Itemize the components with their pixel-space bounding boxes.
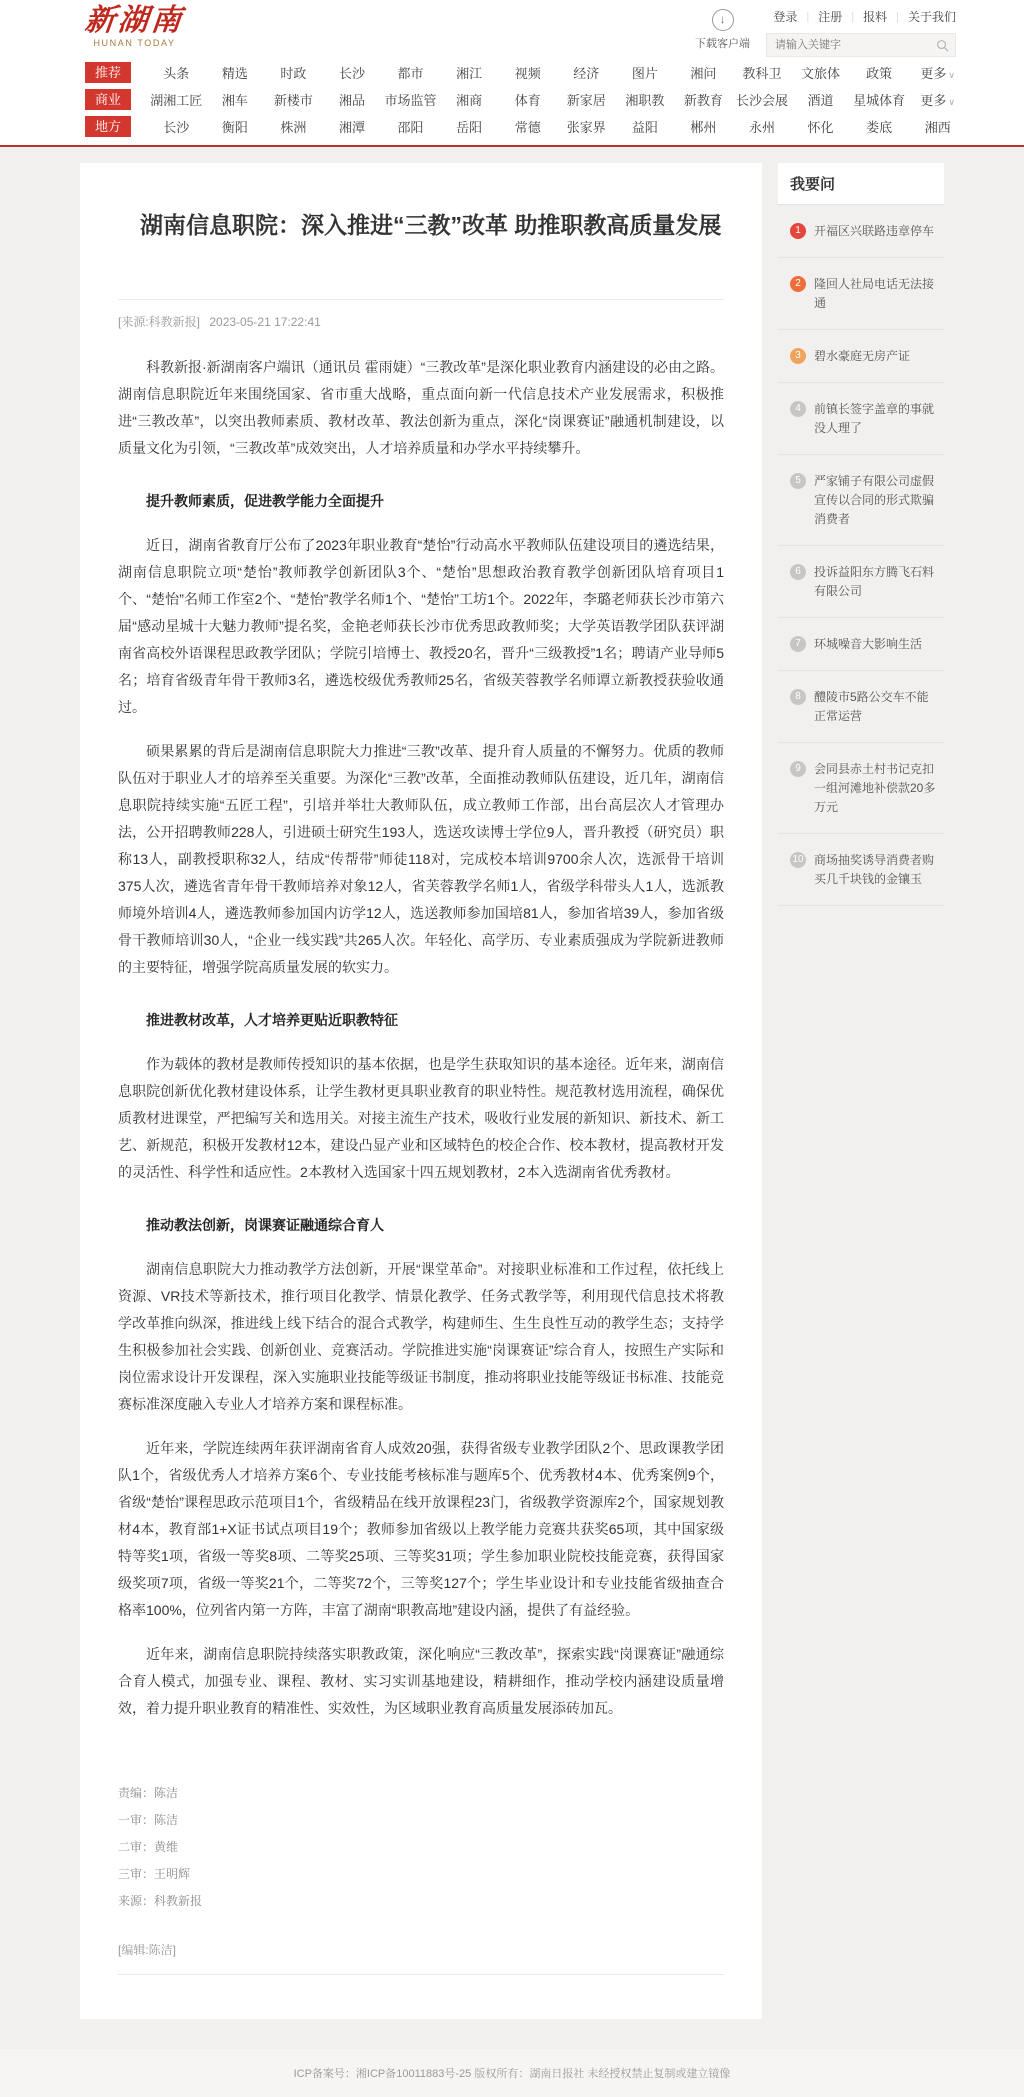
- ask-list-item[interactable]: 7环城噪音大影响生活: [778, 618, 944, 671]
- article-source: [来源:科教新报]: [118, 315, 200, 329]
- nav-link-1-11[interactable]: 教科卫: [733, 63, 792, 82]
- rank-badge: 8: [790, 689, 806, 705]
- editor-note: [编辑:陈洁]: [118, 1941, 724, 1975]
- nav-link-3-3[interactable]: 株洲: [264, 117, 323, 136]
- nav-link-3-10[interactable]: 郴州: [674, 117, 733, 136]
- rank-badge: 10: [790, 852, 806, 868]
- rank-badge: 6: [790, 564, 806, 580]
- nav-link-2-9[interactable]: 湘职教: [616, 90, 675, 109]
- top-links-separator: |: [896, 11, 899, 23]
- nav-link-1-8[interactable]: 经济: [557, 63, 616, 82]
- nav-badge-1[interactable]: 推荐: [85, 62, 131, 83]
- nav-link-3-6[interactable]: 岳阳: [440, 117, 499, 136]
- nav-link-3-9[interactable]: 益阳: [616, 117, 675, 136]
- ask-list-item[interactable]: 5严家铺子有限公司虚假宣传以合同的形式欺骗消费者: [778, 455, 944, 546]
- ask-list-item[interactable]: 3碧水豪庭无房产证: [778, 330, 944, 383]
- editor-line: 一审：陈洁: [118, 1811, 724, 1828]
- ask-item-text: 醴陵市5路公交车不能正常运营: [814, 688, 936, 726]
- article-paragraph: 近年来，学院连续两年获评湖南省育人成效20强，获得省级专业教学团队2个、思政课教…: [118, 1435, 724, 1624]
- nav-link-3-12[interactable]: 怀化: [791, 117, 850, 136]
- ask-list-item[interactable]: 1开福区兴联路违章停车: [778, 205, 944, 258]
- nav-link-2-1[interactable]: 湖湘工匠: [147, 90, 206, 109]
- header-right: ↓ 下载客户端 登录|注册|报料|关于我们: [695, 8, 956, 57]
- nav-badge-2[interactable]: 商业: [85, 89, 131, 110]
- download-client-button[interactable]: ↓ 下载客户端: [695, 9, 750, 51]
- rank-badge: 7: [790, 636, 806, 652]
- logo-subtitle: HUNAN TODAY: [85, 38, 184, 48]
- nav-link-1-9[interactable]: 图片: [616, 63, 675, 82]
- editor-line: 责编：陈洁: [118, 1784, 724, 1801]
- nav-link-3-5[interactable]: 邵阳: [381, 117, 440, 136]
- nav-badge-3[interactable]: 地方: [85, 116, 131, 137]
- nav-link-2-11[interactable]: 长沙会展: [733, 90, 792, 109]
- nav-link-1-3[interactable]: 时政: [264, 63, 323, 82]
- nav-link-1-4[interactable]: 长沙: [323, 63, 382, 82]
- ask-list: 1开福区兴联路违章停车2隆回人社局电话无法接通3碧水豪庭无房产证4前镇长签字盖章…: [778, 205, 944, 906]
- rank-badge: 2: [790, 276, 806, 292]
- nav-link-1-12[interactable]: 文旅体: [791, 63, 850, 82]
- nav-link-1-5[interactable]: 都市: [381, 63, 440, 82]
- site-header: 新湖南 HUNAN TODAY ↓ 下载客户端 登录|注册|报料|关于我们: [0, 0, 1024, 58]
- ask-sidebar-title: 我要问: [778, 163, 944, 205]
- nav-link-1-10[interactable]: 湘问: [674, 63, 733, 82]
- ask-item-text: 会同县赤土村书记克扣一组河滩地补偿款20多万元: [814, 760, 936, 817]
- ask-list-item[interactable]: 10商场抽奖诱导消费者购买几千块钱的金镶玉: [778, 834, 944, 906]
- rank-badge: 4: [790, 401, 806, 417]
- article-subhead: 提升教师素质，促进教学能力全面提升: [118, 488, 724, 515]
- nav-link-3-1[interactable]: 长沙: [147, 117, 206, 136]
- download-circle-icon: ↓: [712, 9, 734, 31]
- nav-link-2-12[interactable]: 酒道: [791, 90, 850, 109]
- top-link-3[interactable]: 报料: [863, 8, 887, 25]
- search-input[interactable]: [773, 38, 936, 52]
- editor-line: 三审：王明辉: [118, 1865, 724, 1882]
- chevron-down-icon: ∨: [948, 70, 955, 80]
- page-content: 湖南信息职院：深入推进“三教”改革 助推职教高质量发展 [来源:科教新报] 20…: [0, 147, 1024, 2049]
- nav-link-2-5[interactable]: 市场监管: [381, 90, 440, 109]
- nav-more-2[interactable]: 更多∨: [908, 90, 967, 109]
- nav-link-3-13[interactable]: 娄底: [850, 117, 909, 136]
- nav-link-3-14[interactable]: 湘西: [908, 117, 967, 136]
- nav-link-2-2[interactable]: 湘车: [206, 90, 265, 109]
- nav-link-1-13[interactable]: 政策: [850, 63, 909, 82]
- nav-row-3: 地方长沙衡阳株洲湘潭邵阳岳阳常德张家界益阳郴州永州怀化娄底湘西: [85, 116, 967, 137]
- nav-more-1[interactable]: 更多∨: [908, 63, 967, 82]
- ask-list-item[interactable]: 6投诉益阳东方腾飞石料有限公司: [778, 546, 944, 618]
- download-client-label: 下载客户端: [695, 35, 750, 51]
- article-body: 科教新报·新湖南客户端讯（通讯员 霍雨婕）“三教改革”是深化职业教育内涵建设的必…: [118, 354, 724, 1722]
- top-links-separator: |: [806, 11, 809, 23]
- article-card: 湖南信息职院：深入推进“三教”改革 助推职教高质量发展 [来源:科教新报] 20…: [80, 163, 762, 2019]
- rank-badge: 3: [790, 348, 806, 364]
- ask-list-item[interactable]: 9会同县赤土村书记克扣一组河滩地补偿款20多万元: [778, 743, 944, 834]
- editor-line: 来源：科教新报: [118, 1892, 724, 1909]
- article-title: 湖南信息职院：深入推进“三教”改革 助推职教高质量发展: [140, 207, 724, 243]
- ask-item-text: 环城噪音大影响生活: [814, 635, 922, 654]
- article-paragraph: 硕果累累的背后是湖南信息职院大力推进“三教”改革、提升育人质量的不懈努力。优质的…: [118, 738, 724, 981]
- nav-link-2-4[interactable]: 湘品: [323, 90, 382, 109]
- main-navigation: 推荐头条精选时政长沙都市湘江视频经济图片湘问教科卫文旅体政策更多∨商业湖湘工匠湘…: [85, 62, 967, 137]
- page-footer: ICP备案号：湘ICP备10011883号-25 版权所有：湖南日报社 未经授权…: [0, 2049, 1024, 2097]
- article-paragraph: 近日，湖南省教育厅公布了2023年职业教育“楚怡”行动高水平教师队伍建设项目的遴…: [118, 532, 724, 721]
- nav-link-1-7[interactable]: 视频: [498, 63, 557, 82]
- ask-item-text: 隆回人社局电话无法接通: [814, 275, 936, 313]
- logo-text: 新湖南: [83, 5, 185, 37]
- article-subhead: 推动教法创新，岗课赛证融通综合育人: [118, 1212, 724, 1239]
- icp-text: ICP备案号：湘ICP备10011883号-25 版权所有：湖南日报社 未经授权…: [294, 2065, 731, 2081]
- article-paragraph: 湖南信息职院大力推动教学方法创新，开展“课堂革命”。对接职业标准和工作过程，依托…: [118, 1256, 724, 1418]
- nav-link-2-8[interactable]: 新家居: [557, 90, 616, 109]
- ask-item-text: 投诉益阳东方腾飞石料有限公司: [814, 563, 936, 601]
- nav-link-3-11[interactable]: 永州: [733, 117, 792, 136]
- nav-link-2-13[interactable]: 星城体育: [850, 90, 909, 109]
- ask-list-item[interactable]: 8醴陵市5路公交车不能正常运营: [778, 671, 944, 743]
- nav-link-2-3[interactable]: 新楼市: [264, 90, 323, 109]
- ask-list-item[interactable]: 2隆回人社局电话无法接通: [778, 258, 944, 330]
- nav-link-2-6[interactable]: 湘商: [440, 90, 499, 109]
- nav-link-3-2[interactable]: 衡阳: [206, 117, 265, 136]
- nav-link-3-7[interactable]: 常德: [498, 117, 557, 136]
- nav-row-1: 推荐头条精选时政长沙都市湘江视频经济图片湘问教科卫文旅体政策更多∨: [85, 62, 967, 83]
- ask-item-text: 商场抽奖诱导消费者购买几千块钱的金镶玉: [814, 851, 936, 889]
- nav-link-2-10[interactable]: 新教育: [674, 90, 733, 109]
- nav-link-1-1[interactable]: 头条: [147, 63, 206, 82]
- nav-link-3-4[interactable]: 湘潭: [323, 117, 382, 136]
- rank-badge: 5: [790, 473, 806, 489]
- nav-link-1-6[interactable]: 湘江: [440, 63, 499, 82]
- top-link-1[interactable]: 登录: [773, 8, 797, 25]
- account-links: 登录|注册|报料|关于我们: [766, 8, 956, 25]
- editor-line: 二审：黄维: [118, 1838, 724, 1855]
- ask-list-item[interactable]: 4前镇长签字盖章的事就没人理了: [778, 383, 944, 455]
- article-paragraph: 近年来，湖南信息职院持续落实职教政策，深化响应“三教改革”，探索实践“岗课赛证”…: [118, 1641, 724, 1722]
- ask-item-text: 前镇长签字盖章的事就没人理了: [814, 400, 936, 438]
- nav-link-1-2[interactable]: 精选: [206, 63, 265, 82]
- top-link-2[interactable]: 注册: [818, 8, 842, 25]
- article-datetime: 2023-05-21 17:22:41: [209, 315, 320, 329]
- editors-block: 责编：陈洁一审：陈洁二审：黄维三审：王明辉来源：科教新报: [118, 1784, 724, 1909]
- rank-badge: 1: [790, 223, 806, 239]
- ask-item-text: 严家铺子有限公司虚假宣传以合同的形式欺骗消费者: [814, 472, 936, 529]
- chevron-down-icon: ∨: [948, 97, 955, 107]
- nav-link-2-7[interactable]: 体育: [498, 90, 557, 109]
- ask-item-text: 碧水豪庭无房产证: [814, 347, 910, 366]
- article-paragraph: 作为载体的教材是教师传授知识的基本依据，也是学生获取知识的基本途径。近年来，湖南…: [118, 1051, 724, 1186]
- article-paragraph: 科教新报·新湖南客户端讯（通讯员 霍雨婕）“三教改革”是深化职业教育内涵建设的必…: [118, 354, 724, 462]
- search-icon[interactable]: [936, 39, 949, 52]
- article-subhead: 推进教材改革，人才培养更贴近职教特征: [118, 1007, 724, 1034]
- nav-link-3-8[interactable]: 张家界: [557, 117, 616, 136]
- search-box: [766, 33, 956, 57]
- rank-badge: 9: [790, 761, 806, 777]
- nav-row-2: 商业湖湘工匠湘车新楼市湘品市场监管湘商体育新家居湘职教新教育长沙会展酒道星城体育…: [85, 89, 967, 110]
- site-logo[interactable]: 新湖南 HUNAN TODAY: [85, 5, 184, 48]
- article-meta: [来源:科教新报] 2023-05-21 17:22:41: [118, 299, 724, 330]
- ask-sidebar: 我要问 1开福区兴联路违章停车2隆回人社局电话无法接通3碧水豪庭无房产证4前镇长…: [778, 163, 944, 906]
- ask-item-text: 开福区兴联路违章停车: [814, 222, 934, 241]
- top-link-4[interactable]: 关于我们: [908, 8, 956, 25]
- top-links-separator: |: [851, 11, 854, 23]
